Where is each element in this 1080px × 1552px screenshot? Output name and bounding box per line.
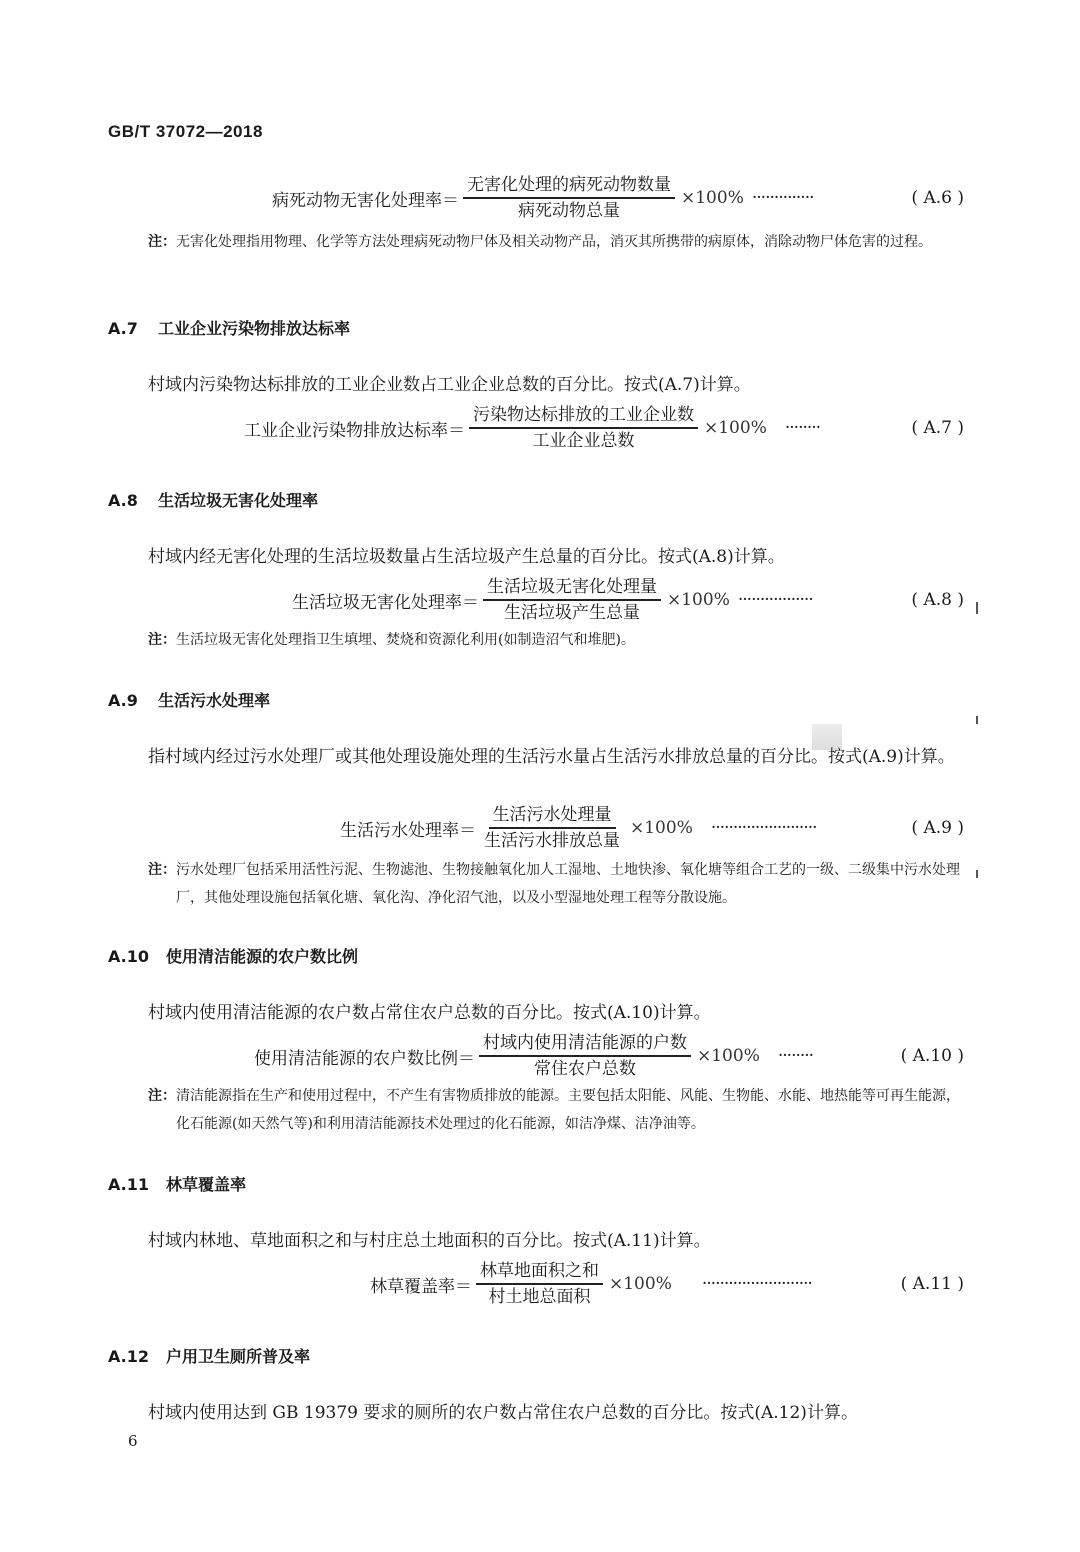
paragraph-a10: 村域内使用清洁能源的农户数占常住农户总数的百分比。按式(A.10)计算。 bbox=[108, 998, 964, 1028]
section-title: 户用卫生厕所普及率 bbox=[166, 1347, 310, 1366]
formula-lhs: 生活污水处理率＝ bbox=[340, 816, 476, 841]
numerator: 村域内使用清洁能源的户数 bbox=[479, 1032, 691, 1057]
edge-mark bbox=[976, 602, 978, 614]
equation-number: ( A.11 ) bbox=[901, 1274, 964, 1294]
section-number: A.7 bbox=[108, 319, 158, 338]
equation-number: ( A.8 ) bbox=[911, 590, 964, 610]
section-heading-a9: A.9生活污水处理率 bbox=[108, 688, 270, 711]
multiplier: ×100% bbox=[697, 1046, 760, 1066]
page-number: 6 bbox=[128, 1432, 138, 1450]
numerator: 林草地面积之和 bbox=[476, 1260, 603, 1285]
note-label: 注： bbox=[148, 626, 176, 654]
equation-number: ( A.6 ) bbox=[911, 188, 964, 208]
formula-a10: 使用清洁能源的农户数比例＝ 村域内使用清洁能源的户数 常住农户总数 ×100% … bbox=[254, 1032, 964, 1080]
leader-dots: ········ bbox=[778, 1046, 813, 1066]
numerator: 生活污水处理量 bbox=[489, 804, 616, 829]
standard-code: GB/T 37072—2018 bbox=[108, 122, 263, 142]
formula-lhs: 林草覆盖率＝ bbox=[370, 1272, 472, 1297]
note-text: 污水处理厂包括采用活性污泥、生物滤池、生物接触氧化加人工湿地、土地快渗、氧化塘等… bbox=[148, 856, 968, 912]
formula-a6: 病死动物无害化处理率＝ 无害化处理的病死动物数量 病死动物总量 ×100% ··… bbox=[272, 174, 964, 222]
multiplier: ×100% bbox=[630, 818, 693, 838]
formula-lhs: 生活垃圾无害化处理率＝ bbox=[292, 588, 479, 613]
numerator: 无害化处理的病死动物数量 bbox=[463, 174, 675, 199]
denominator: 生活污水排放总量 bbox=[480, 829, 624, 852]
section-title: 生活污水处理率 bbox=[158, 691, 270, 710]
edge-mark bbox=[976, 716, 978, 724]
equation-number: ( A.7 ) bbox=[911, 418, 964, 438]
paragraph-a11: 村域内林地、草地面积之和与村庄总土地面积的百分比。按式(A.11)计算。 bbox=[108, 1226, 964, 1256]
paragraph-a8: 村域内经无害化处理的生活垃圾数量占生活垃圾产生总量的百分比。按式(A.8)计算。 bbox=[108, 542, 964, 572]
paragraph-a12: 村域内使用达到 GB 19379 要求的厕所的农户数占常住农户总数的百分比。按式… bbox=[108, 1398, 964, 1428]
denominator: 病死动物总量 bbox=[514, 199, 624, 222]
fraction: 无害化处理的病死动物数量 病死动物总量 bbox=[463, 174, 675, 222]
formula-a8: 生活垃圾无害化处理率＝ 生活垃圾无害化处理量 生活垃圾产生总量 ×100% ··… bbox=[292, 576, 964, 624]
note-a8: 注： 生活垃圾无害化处理指卫生填埋、焚烧和资源化利用(如制造沼气和堆肥)。 bbox=[148, 626, 968, 654]
equation-number: ( A.10 ) bbox=[901, 1046, 964, 1066]
formula-lhs: 使用清洁能源的农户数比例＝ bbox=[254, 1044, 475, 1069]
section-heading-a10: A.10使用清洁能源的农户数比例 bbox=[108, 944, 358, 967]
section-title: 工业企业污染物排放达标率 bbox=[158, 319, 350, 338]
section-number: A.11 bbox=[108, 1175, 166, 1194]
section-number: A.9 bbox=[108, 691, 158, 710]
note-a9: 注： 污水处理厂包括采用活性污泥、生物滤池、生物接触氧化加人工湿地、土地快渗、氧… bbox=[148, 856, 968, 912]
note-text: 清洁能源指在生产和使用过程中，不产生有害物质排放的能源。主要包括太阳能、风能、生… bbox=[148, 1082, 968, 1138]
numerator: 污染物达标排放的工业企业数 bbox=[469, 404, 698, 429]
note-text: 无害化处理指用物理、化学等方法处理病死动物尸体及相关动物产品，消灭其所携带的病原… bbox=[148, 228, 968, 256]
denominator: 工业企业总数 bbox=[529, 429, 639, 452]
leader-dots: ························ bbox=[711, 818, 817, 838]
leader-dots: ························· bbox=[702, 1274, 812, 1294]
fraction: 污染物达标排放的工业企业数 工业企业总数 bbox=[469, 404, 698, 452]
note-label: 注： bbox=[148, 228, 176, 256]
note-label: 注： bbox=[148, 856, 176, 884]
multiplier: ×100% bbox=[704, 418, 767, 438]
formula-a11: 林草覆盖率＝ 林草地面积之和 村土地总面积 ×100% ············… bbox=[370, 1260, 964, 1308]
section-heading-a8: A.8生活垃圾无害化处理率 bbox=[108, 488, 318, 511]
note-label: 注： bbox=[148, 1082, 176, 1110]
section-title: 使用清洁能源的农户数比例 bbox=[166, 947, 358, 966]
equation-number: ( A.9 ) bbox=[911, 818, 964, 838]
section-heading-a12: A.12户用卫生厕所普及率 bbox=[108, 1344, 310, 1367]
section-title: 林草覆盖率 bbox=[166, 1175, 246, 1194]
paragraph-a7: 村域内污染物达标排放的工业企业数占工业企业总数的百分比。按式(A.7)计算。 bbox=[108, 370, 964, 400]
formula-lhs: 病死动物无害化处理率＝ bbox=[272, 186, 459, 211]
formula-a7: 工业企业污染物排放达标率＝ 污染物达标排放的工业企业数 工业企业总数 ×100%… bbox=[244, 404, 964, 452]
note-a10: 注： 清洁能源指在生产和使用过程中，不产生有害物质排放的能源。主要包括太阳能、风… bbox=[148, 1082, 968, 1138]
section-number: A.10 bbox=[108, 947, 166, 966]
edge-mark bbox=[976, 870, 978, 878]
note-a6: 注： 无害化处理指用物理、化学等方法处理病死动物尸体及相关动物产品，消灭其所携带… bbox=[148, 228, 968, 256]
multiplier: ×100% bbox=[609, 1274, 672, 1294]
section-title: 生活垃圾无害化处理率 bbox=[158, 491, 318, 510]
formula-lhs: 工业企业污染物排放达标率＝ bbox=[244, 416, 465, 441]
paragraph-a9: 指村域内经过污水处理厂或其他处理设施处理的生活污水量占生活污水排放总量的百分比。… bbox=[108, 742, 964, 772]
denominator: 生活垃圾产生总量 bbox=[500, 601, 644, 624]
fraction: 生活污水处理量 生活污水排放总量 bbox=[480, 804, 624, 852]
multiplier: ×100% bbox=[681, 188, 744, 208]
formula-a9: 生活污水处理率＝ 生活污水处理量 生活污水排放总量 ×100% ········… bbox=[340, 804, 964, 852]
leader-dots: ········ bbox=[785, 418, 820, 438]
fraction: 生活垃圾无害化处理量 生活垃圾产生总量 bbox=[483, 576, 661, 624]
fraction: 村域内使用清洁能源的户数 常住农户总数 bbox=[479, 1032, 691, 1080]
section-heading-a11: A.11林草覆盖率 bbox=[108, 1172, 246, 1195]
leader-dots: ················· bbox=[738, 590, 813, 610]
leader-dots: ·············· bbox=[752, 188, 814, 208]
multiplier: ×100% bbox=[667, 590, 730, 610]
section-number: A.8 bbox=[108, 491, 158, 510]
note-text: 生活垃圾无害化处理指卫生填埋、焚烧和资源化利用(如制造沼气和堆肥)。 bbox=[148, 626, 968, 654]
section-number: A.12 bbox=[108, 1347, 166, 1366]
numerator: 生活垃圾无害化处理量 bbox=[483, 576, 661, 601]
denominator: 村土地总面积 bbox=[485, 1285, 595, 1308]
section-heading-a7: A.7工业企业污染物排放达标率 bbox=[108, 316, 350, 339]
denominator: 常住农户总数 bbox=[530, 1057, 640, 1080]
fraction: 林草地面积之和 村土地总面积 bbox=[476, 1260, 603, 1308]
